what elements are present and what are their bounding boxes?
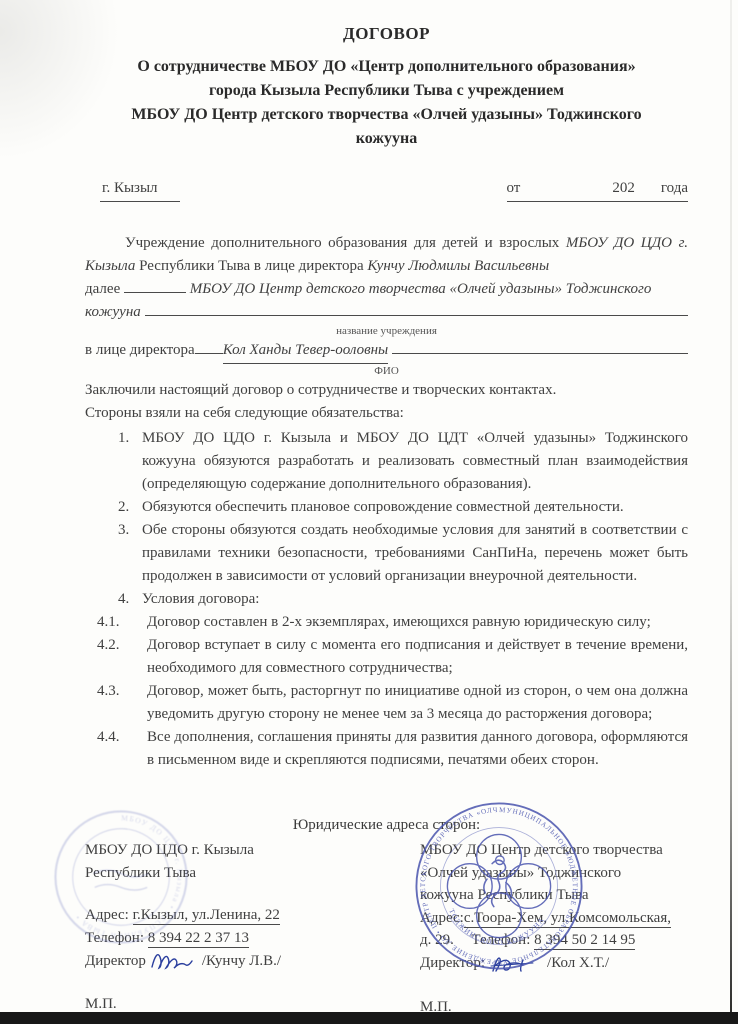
subtitle-line-2: города Кызыла Республики Тыва с учрежден… <box>85 79 688 103</box>
subitem-text: Договор, может быть, расторгнут по иници… <box>147 680 688 726</box>
subitem-text: Договор составлен в 2-х экземплярах, име… <box>147 611 688 634</box>
dalee-line: далее МБОУ ДО Центр детского творчества … <box>85 278 688 301</box>
intro-section: Учреждение дополнительного образования д… <box>85 232 688 379</box>
dalee-underline-fill <box>145 301 688 316</box>
address-column-right: МБОУ ДО Центр детского творчества «Олчей… <box>420 839 688 1019</box>
dalee-org-name-2: кожууна <box>85 301 141 324</box>
subitem-number: 4.2. <box>97 634 147 657</box>
list-item: 1. МБОУ ДО ЦДО г. Кызыла и МБОУ ДО ЦДТ «… <box>118 427 688 496</box>
left-org-line-2: Республики Тыва <box>85 862 420 885</box>
right-address-value: с.Тоора-Хем, ул.Комсомольская, <box>464 910 671 928</box>
subitem-number: 4.1. <box>97 611 147 634</box>
right-phone-value: 8 394 50 2 14 95 <box>534 932 635 950</box>
right-phone-label: Телефон: <box>471 932 530 948</box>
subitem-number: 4.3. <box>97 680 147 703</box>
item-number: 4. <box>118 588 142 611</box>
right-director-name: /Кол Х.Т./ <box>547 952 609 975</box>
director-label: в лице директора <box>85 339 195 362</box>
list-subitem: 4.4. Все дополнения, соглашения приняты … <box>97 726 688 772</box>
right-director-label: Директор: <box>420 952 485 975</box>
subtitle-line-3: МБОУ ДО Центр детского творчества «Олчей… <box>85 103 688 127</box>
document-title: ДОГОВОР <box>85 22 688 45</box>
dateline-date-blank: от 202 года <box>507 177 689 202</box>
item-number: 2. <box>118 496 142 519</box>
list-subitem: 4.2. Договор вступает в силу с момента е… <box>97 634 688 680</box>
dalee-blank <box>124 278 186 293</box>
addresses-columns: МБОУ ДО ЦДО г. Кызыла Республики Тыва Ад… <box>85 839 688 1019</box>
document-subtitle: О сотрудничестве МБОУ ДО «Центр дополнит… <box>85 55 688 151</box>
left-address-value: г.Кызыл, ул.Ленина, 22 <box>133 907 280 925</box>
left-director-line: Директор /Кунчу Л.В./ <box>85 949 420 973</box>
right-address-value-2: д. 29. <box>420 932 454 948</box>
right-address-line: Адрес:с.Тоора-Хем, ул.Комсомольская, <box>420 907 688 930</box>
director-name: Кол Ханды Тевер-ооловны <box>223 339 389 364</box>
right-org-line-3: кожууна Республики Тыва <box>420 884 688 907</box>
preamble-line-2: Стороны взяли на себя следующие обязател… <box>85 402 688 425</box>
left-phone-value: 8 394 22 2 37 13 <box>148 930 249 948</box>
addresses-heading: Юридические адреса сторон: <box>85 814 688 837</box>
right-address-phone-line: д. 29. Телефон: 8 394 50 2 14 95 <box>420 929 688 952</box>
spacer <box>85 884 420 904</box>
dalee-org-name: МБОУ ДО Центр детского творчества «Олчей… <box>190 281 652 297</box>
left-phone-label: Телефон: <box>85 930 144 946</box>
address-column-left: МБОУ ДО ЦДО г. Кызыла Республики Тыва Ад… <box>85 839 420 1019</box>
list-subitem: 4.1. Договор составлен в 2-х экземплярах… <box>97 611 688 634</box>
subtitle-line-4: кожууна <box>85 127 688 151</box>
right-org-line-2: «Олчей удазыны» Тоджинского <box>420 862 688 885</box>
left-org-line-1: МБОУ ДО ЦДО г. Кызыла <box>85 839 420 862</box>
preamble-line-1: Заключили настоящий договор о сотрудниче… <box>85 379 688 402</box>
right-director-line: Директор: /Кол Х.Т./ <box>420 952 688 976</box>
intro-director-left: Кунчу Людмилы Васильевны <box>367 258 549 274</box>
scan-right-edge <box>730 0 732 1012</box>
left-director-name: /Кунчу Л.В./ <box>202 950 281 973</box>
left-phone-line: Телефон: 8 394 22 2 37 13 <box>85 927 420 950</box>
dateline-year-suffix: года <box>661 177 688 200</box>
scanned-contract-page: ДОГОВОР О сотрудничестве МБОУ ДО «Центр … <box>0 0 738 1024</box>
director-line: в лице директора Кол Ханды Тевер-ооловны <box>85 339 688 364</box>
left-address-line: Адрес: г.Кызыл, ул.Ленина, 22 <box>85 904 420 927</box>
dateline-year: 202 <box>612 177 635 200</box>
item-number: 3. <box>118 519 142 542</box>
subitem-number: 4.4. <box>97 726 147 749</box>
item-number: 1. <box>118 427 142 450</box>
dalee-line-2: кожууна <box>85 301 688 324</box>
right-org-line-1: МБОУ ДО Центр детского творчества <box>420 839 688 862</box>
director-blank <box>195 339 223 354</box>
item-text: Обязуются обеспечить плановое сопровожде… <box>142 496 688 519</box>
item-text: Условия договора: <box>142 588 688 611</box>
list-item: 3. Обе стороны обязуются создать необход… <box>118 519 688 588</box>
dalee-label: далее <box>85 281 120 297</box>
subtitle-line-1: О сотрудничестве МБОУ ДО «Центр дополнит… <box>85 55 688 79</box>
dateline-city: г. Кызыл <box>100 177 180 202</box>
item-text: Обе стороны обязуются создать необходимы… <box>142 519 688 588</box>
intro-seg3: Республики Тыва в лице директора <box>139 258 364 274</box>
signature-kol <box>487 952 545 976</box>
scan-bottom-edge <box>0 1012 738 1024</box>
dateline-from: от <box>507 177 521 200</box>
fio-caption: ФИО <box>85 364 688 379</box>
right-address-label: Адрес: <box>420 910 464 926</box>
list-item: 2. Обязуются обеспечить плановое сопрово… <box>118 496 688 519</box>
subitem-text: Все дополнения, соглашения приняты для р… <box>147 726 688 772</box>
item-text: МБОУ ДО ЦДО г. Кызыла и МБОУ ДО ЦДТ «Олч… <box>142 427 688 496</box>
org-name-caption: название учреждения <box>85 324 688 339</box>
obligations-list: 1. МБОУ ДО ЦДО г. Кызыла и МБОУ ДО ЦДТ «… <box>85 427 688 772</box>
subitem-text: Договор вступает в силу с момента его по… <box>147 634 688 680</box>
document-content: ДОГОВОР О сотрудничестве МБОУ ДО «Центр … <box>85 22 688 1019</box>
intro-seg1: Учреждение дополнительного образования д… <box>125 235 559 251</box>
intro-paragraph: Учреждение дополнительного образования д… <box>85 232 688 278</box>
left-address-label: Адрес: <box>85 907 129 923</box>
list-subitem: 4.3. Договор, может быть, расторгнут по … <box>97 680 688 726</box>
list-item: 4. Условия договора: <box>118 588 688 611</box>
dateline: г. Кызыл от 202 года <box>85 177 688 202</box>
signature-kunchu <box>148 949 200 973</box>
left-director-label: Директор <box>85 950 146 973</box>
director-underline-fill <box>392 339 688 354</box>
